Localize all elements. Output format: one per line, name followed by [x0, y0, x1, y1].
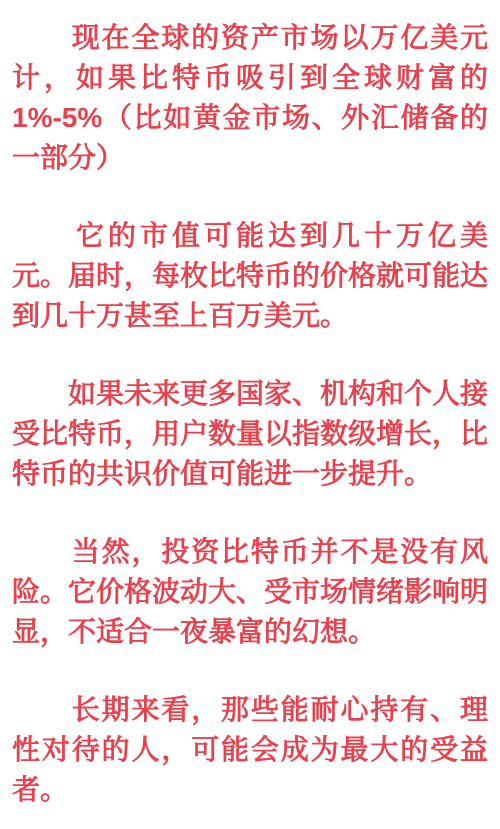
text-line: 特币的共识价值可能进一步提升。	[12, 454, 488, 494]
paragraph-market-size: 现在全球的资产市场以万亿美元 计，如果比特币吸引到全球财富的 1%-5%（比如黄…	[12, 18, 488, 178]
text-line: 当然，投资比特币并不是没有风	[12, 532, 488, 572]
text-line: 受比特币，用户数量以指数级增长，比	[12, 414, 488, 454]
paragraph-risk: 当然，投资比特币并不是没有风 险。它价格波动大、受市场情绪影响明 显，不适合一夜…	[12, 532, 488, 652]
text-line: 到几十万甚至上百万美元。	[12, 296, 488, 336]
text-line: 如果未来更多国家、机构和个人接	[12, 374, 488, 414]
text-line: 一部分）	[12, 138, 488, 178]
paragraph-long-term: 长期来看，那些能耐心持有、理 性对待的人，可能会成为最大的受益 者。	[12, 690, 488, 810]
text-line: 显，不适合一夜暴富的幻想。	[12, 612, 488, 652]
text-line: 元。届时，每枚比特币的价格就可能达	[12, 256, 488, 296]
text-line: 它的市值可能达到几十万亿美	[12, 216, 488, 256]
article-page: 现在全球的资产市场以万亿美元 计，如果比特币吸引到全球财富的 1%-5%（比如黄…	[0, 0, 500, 829]
paragraph-adoption: 如果未来更多国家、机构和个人接 受比特币，用户数量以指数级增长，比 特币的共识价…	[12, 374, 488, 494]
text-line: 者。	[12, 770, 488, 810]
text-line: 现在全球的资产市场以万亿美元	[12, 18, 488, 58]
paragraph-market-cap: 它的市值可能达到几十万亿美 元。届时，每枚比特币的价格就可能达 到几十万甚至上百…	[12, 216, 488, 336]
text-line: 性对待的人，可能会成为最大的受益	[12, 730, 488, 770]
text-line: 计，如果比特币吸引到全球财富的	[12, 58, 488, 98]
text-line: 长期来看，那些能耐心持有、理	[12, 690, 488, 730]
text-line: 1%-5%（比如黄金市场、外汇储备的	[12, 98, 488, 138]
text-line: 险。它价格波动大、受市场情绪影响明	[12, 572, 488, 612]
